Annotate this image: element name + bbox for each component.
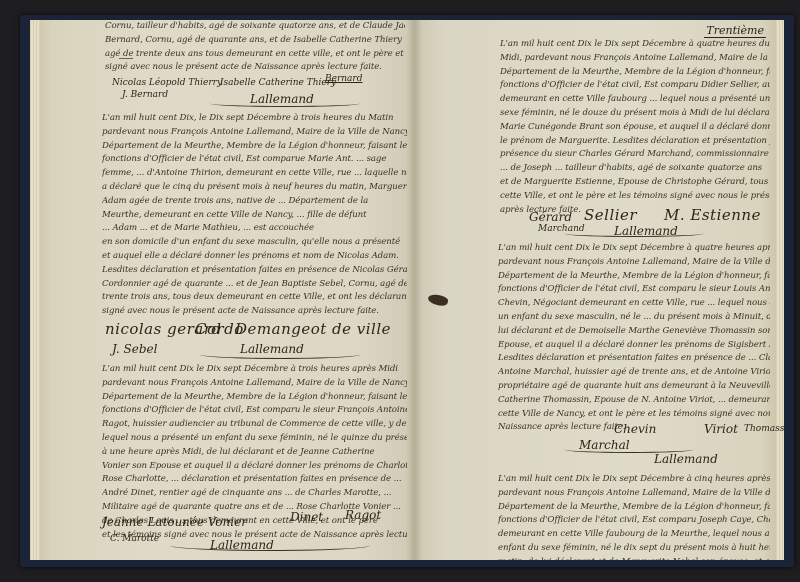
- entry-tail-text: Cornu, tailleur d'habits, agé de soixant…: [105, 20, 405, 75]
- signature: Gérard: [529, 210, 572, 224]
- text-line: signé avec nous le présent acte de Naiss…: [102, 305, 407, 319]
- signature: Demangeot de ville: [235, 320, 391, 338]
- text-line: Antoine Marchal, huissier agé de trente …: [498, 366, 770, 380]
- text-line: Epouse, et auquel il a déclaré donner le…: [498, 339, 770, 353]
- text-line: Ragot, huissier audiencier au tribunal d…: [102, 418, 407, 432]
- signature: Nicolas Léopold Thierry: [112, 78, 222, 88]
- text-line: cette Ville de Nancy, et ont le père et …: [498, 408, 770, 422]
- text-line: Midi, pardevant nous François Antoine La…: [500, 52, 770, 66]
- text-line: pardevant nous François Antoine Lalleman…: [498, 256, 770, 270]
- text-line: fonctions d'Officier de l'état civil, Es…: [498, 283, 770, 297]
- signature: Isabelle Catherine Thiery: [220, 78, 336, 88]
- signature: Viriot: [704, 422, 738, 436]
- text-line: Lesdites déclaration et présentation fai…: [498, 352, 770, 366]
- signature-flourish: [170, 540, 370, 551]
- signature: Ragot: [345, 508, 381, 522]
- text-line: Département de la Meurthe, Membre de la …: [498, 501, 770, 515]
- text-line: fonctions d'Officier de l'état civil, Es…: [102, 404, 407, 418]
- text-line: propriétaire agé de quarante huit ans de…: [498, 380, 770, 394]
- text-line: le prénom de Marguerite. Lesdites déclar…: [500, 135, 770, 149]
- mayor-signature: Lallemand: [654, 452, 718, 466]
- text-line: Département de la Meurthe, Membre de la …: [498, 270, 770, 284]
- text-line: Adam agée de trente trois ans, native de…: [102, 195, 407, 209]
- signature-flourish: [564, 446, 694, 453]
- entry-1-text: L'an mil huit cent Dix, le Dix sept Déce…: [102, 112, 407, 319]
- left-page: Cornu, tailleur d'habits, agé de soixant…: [30, 20, 415, 560]
- text-line: L'an mil huit cent Dix, le Dix sept Déce…: [102, 112, 407, 126]
- text-line: pardevant nous François Antoine Lalleman…: [102, 377, 407, 391]
- text-line: fonctions d'Officier de l'état civil, Es…: [500, 79, 770, 93]
- text-line: en son domicile d'un enfant du sexe masc…: [102, 236, 407, 250]
- signature-flourish: [210, 100, 360, 107]
- text-line: Catherine Thomassin, Epouse de N. Antoin…: [498, 394, 770, 408]
- text-line: Chevin, Négociant demeurant en cette Vil…: [498, 297, 770, 311]
- text-line: lui déclarant et de Demoiselle Marthe Ge…: [498, 325, 770, 339]
- right-page: Trentième L'an mil huit cent Dix le Dix …: [414, 20, 784, 560]
- marginal-note: Trentième: [704, 24, 766, 38]
- text-line: André Dinet, rentier agé de cinquante an…: [102, 487, 407, 501]
- text-line: Bernard, Cornu, agé de quarante ans, et …: [105, 34, 405, 48]
- text-line: cette Ville, et ont le père et les témoi…: [500, 190, 770, 204]
- entry-2-text: L'an mil huit cent Dix le Dix sept Décem…: [498, 242, 770, 435]
- signature: Jeanne Latour: [102, 515, 188, 529]
- text-line: sexe féminin, né le douze du présent moi…: [500, 107, 770, 121]
- text-line: L'an mil huit cent Dix le Dix sept Décem…: [498, 473, 770, 487]
- text-line: pardevant nous François Antoine Lalleman…: [498, 487, 770, 501]
- text-line: présence du sieur Charles Gérard Marchan…: [500, 148, 770, 162]
- text-line: Marie Cunégonde Brant son épouse, et auq…: [500, 121, 770, 135]
- text-line: femme, ... d'Antoine Thirion, demeurant …: [102, 167, 407, 181]
- signature-flourish: [200, 350, 360, 359]
- text-line: Département de la Meurthe, Membre de la …: [102, 140, 407, 154]
- text-line: matin, de lui déclarant et de Marguerite…: [498, 556, 770, 560]
- signature: née Vonier: [182, 515, 247, 529]
- text-line: enfant du sexe féminin, né le dix sept d…: [498, 542, 770, 556]
- text-line: Vonier son Epouse et auquel il a déclaré…: [102, 460, 407, 474]
- text-line: agé de trente deux ans tous demeurant en…: [105, 48, 405, 62]
- text-line: L'an mil huit cent Dix le Dix sept Décem…: [500, 38, 770, 52]
- text-line: lequel nous a présenté un enfant du sexe…: [102, 432, 407, 446]
- signature: Sellier: [584, 206, 637, 224]
- signature: J. Sebel: [112, 342, 157, 356]
- entry-3-text: L'an mil huit cent Dix le Dix sept Décem…: [498, 473, 770, 560]
- text-line: Rose Charlotte, ... déclaration et prése…: [102, 473, 407, 487]
- text-line: pardevant nous François Antoine Lalleman…: [102, 126, 407, 140]
- signature: Chevin: [614, 422, 656, 436]
- text-line: Lesdites déclaration et présentation fai…: [102, 264, 407, 278]
- signature: C. Marotte: [110, 534, 159, 544]
- entry-1-text: L'an mil huit cent Dix le Dix sept Décem…: [500, 38, 770, 217]
- signature: J. Bernard: [122, 90, 168, 100]
- text-line: Cornu, tailleur d'habits, agé de soixant…: [105, 20, 405, 34]
- text-line: ... Adam ... et de Marie Mathieu, ... es…: [102, 222, 407, 236]
- text-line: fonctions d'Officier de l'état civil, Es…: [102, 153, 407, 167]
- signature: Dinet: [290, 510, 323, 524]
- text-line: Cordonnier agé de quarante ... et de Jea…: [102, 278, 407, 292]
- signature: Bernard: [325, 74, 362, 84]
- text-line: et auquel elle a déclaré donner les prén…: [102, 250, 407, 264]
- page-edges: [30, 20, 40, 560]
- text-line: Département de la Meurthe, Membre de la …: [500, 66, 770, 80]
- signature: M. Estienne: [664, 206, 761, 224]
- text-line: demeurant en cette Ville faubourg ... le…: [500, 93, 770, 107]
- signature: Thomassin: [744, 424, 784, 434]
- book-gutter: [406, 20, 422, 560]
- signature-flourish: [564, 230, 704, 237]
- text-line: Meurthe, demeurant en cette Ville de Nan…: [102, 209, 407, 223]
- text-line: trente trois ans, tous deux demeurant en…: [102, 291, 407, 305]
- text-line: et de Marguerite Estienne, Epouse de Chr…: [500, 176, 770, 190]
- text-line: L'an mil huit cent Dix le Dix sept Décem…: [102, 363, 407, 377]
- text-line: a déclaré que le cinq du présent mois à …: [102, 181, 407, 195]
- text-line: Département de la Meurthe, Membre de la …: [102, 391, 407, 405]
- text-line: L'an mil huit cent Dix le Dix sept Décem…: [498, 242, 770, 256]
- text-line: un enfant du sexe masculin, né le ... du…: [498, 311, 770, 325]
- page-edges: [776, 20, 784, 560]
- text-line: à une heure après Midi, de lui déclarant…: [102, 446, 407, 460]
- text-line: fonctions d'Officier de l'état civil, Es…: [498, 514, 770, 528]
- text-line: ... de Joseph ... tailleur d'habits, agé…: [500, 162, 770, 176]
- text-line: demeurant en cette Ville faubourg de la …: [498, 528, 770, 542]
